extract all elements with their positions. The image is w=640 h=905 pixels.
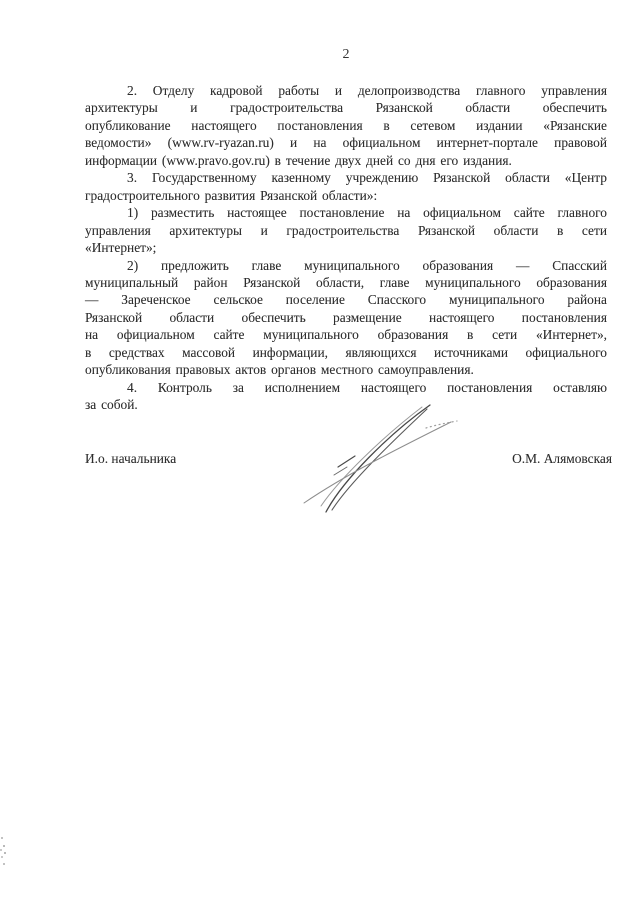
signature-scrawl-icon	[293, 398, 468, 518]
text-line: 2) предложить главе муниципального образ…	[85, 257, 607, 274]
signer-name: О.М. Алямовская	[512, 451, 612, 467]
text-line: архитектуры и градостроительства Рязанск…	[85, 99, 607, 116]
text-line: градостроительного развития Рязанской об…	[85, 187, 607, 204]
text-line: муниципальный район Рязанской области, г…	[85, 274, 607, 291]
text-line: «Интернет»;	[85, 239, 607, 256]
text-line: в средствах массовой информации, являющи…	[85, 344, 607, 361]
text-line: информации (www.pravo.gov.ru) в течение …	[85, 152, 607, 169]
text-line: управления архитектуры и градостроительс…	[85, 222, 607, 239]
text-line: ведомости» (www.rv-ryazan.ru) и на офици…	[85, 134, 607, 151]
text-line: 2. Отделу кадровой работы и делопроизвод…	[85, 82, 607, 99]
text-line: — Зареченское сельское поселение Спасско…	[85, 291, 607, 308]
document-body: 2. Отделу кадровой работы и делопроизвод…	[85, 82, 607, 414]
document-page: 2 2. Отделу кадровой работы и делопроизв…	[0, 0, 640, 905]
text-line: опубликования правовых актов органов мес…	[85, 361, 607, 378]
signer-title: И.о. начальника	[85, 451, 176, 467]
text-line: 1) разместить настоящее постановление на…	[85, 204, 607, 221]
text-line: 4. Контроль за исполнением настоящего по…	[85, 379, 607, 396]
text-line: на официальном сайте муниципального обра…	[85, 326, 607, 343]
text-line: Рязанской области обеспечить размещение …	[85, 309, 607, 326]
page-number: 2	[85, 47, 607, 63]
text-line: 3. Государственному казенному учреждению…	[85, 169, 607, 186]
text-line: опубликование настоящего постановления в…	[85, 117, 607, 134]
